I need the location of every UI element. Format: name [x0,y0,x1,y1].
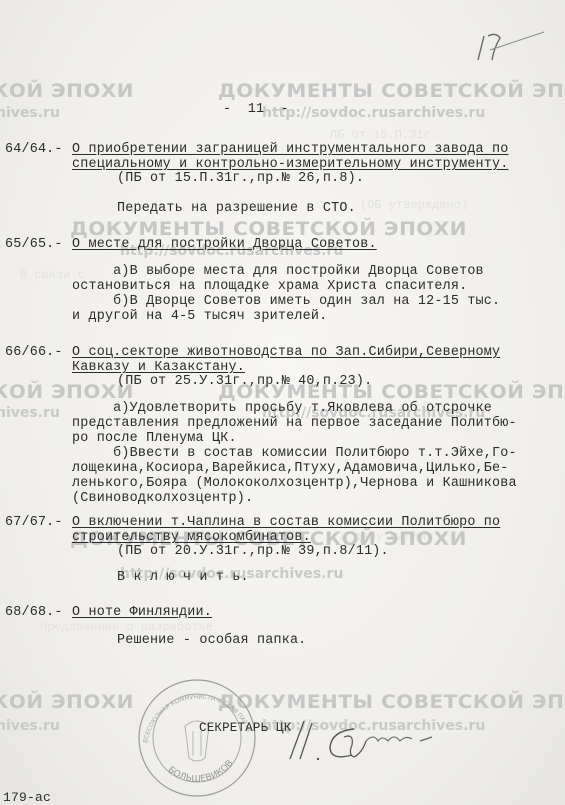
watermark-title: КОЙ ЭПОХИ [0,80,134,102]
item-title-line: специальному и контрольно-измерительному… [72,157,509,172]
item-title-line: О включении т.Чаплина в состав комиссии … [72,515,500,530]
item-title-line: Кавказу и Казакстану. [72,360,245,375]
item-decision: ленького,Бояра (Молококолхозцентр),Черно… [72,476,517,491]
watermark-title: КОЙ ЭПОХИ [0,691,134,713]
item-decision: и другой на 4-5 тысяч зрителей. [72,309,327,324]
bleed-through-text: предложение о разработке [40,620,213,634]
bleed-through-text: ПБ от 15.П.31г. [330,128,438,142]
item-title-line: О приобретении заграницей инструментальн… [72,142,509,157]
item-number: 64/64.- [5,142,63,157]
item-decision: В к л ю ч и т ь. [117,570,249,585]
item-number: 66/66.- [5,345,63,360]
item-reference: (ПБ от 25.У.31г.,пр.№ 40,п.23). [117,374,372,389]
item-decision: остановиться на площадке храма Христа сп… [72,279,467,294]
item-reference: (ПБ от 15.П.31г.,пр.№ 26,п.8). [117,171,364,186]
document-page: ПБ от 15.П.31г. (ОБ утверждено) В связи … [0,0,565,805]
watermark-url: hives.ru [0,105,60,121]
watermark-title: ДОКУМЕНТЫ СОВЕТСКОЙ ЭПОХИ [218,80,565,102]
item-title-line: О соц.секторе животноводства по Зап.Сиби… [72,345,500,360]
bleed-through-text: (ОБ утверждено) [360,198,468,212]
item-reference: (ПБ от 20.У.31г.,пр.№ 39,п.8/11). [117,544,389,559]
page-number: - 11 - [223,102,289,117]
item-title-line: строительству мясокомбинатов. [72,530,311,545]
watermark-title: ДОКУМЕНТЫ СОВЕТСКОЙ ЭПОХИ [218,691,565,713]
watermark-url: hives.ru [0,405,60,421]
item-decision: Передать на разрешение в СТО. [117,201,356,216]
item-decision: ро после Пленума ЦК. [72,431,237,446]
item-number: 65/65.- [5,237,63,252]
item-decision: лощекина,Косиора,Варейкиса,Птуху,Адамови… [72,461,509,476]
watermark-url: http://sovdoc.rusarchives.ru [262,105,485,121]
stamp-text-bottom: БОЛЬШЕВИКОВ [166,759,236,785]
item-decision: а)Удовлетворить просьбу т.Яковлева об от… [72,401,492,416]
item-decision: Решение - особая папка. [117,633,306,648]
watermark-url: hives.ru [0,718,60,734]
party-stamp: БОЛЬШЕВИКОВ ВСЕСОЮЗНАЯ КОММУНИСТИЧЕСКАЯ … [135,676,265,801]
item-decision: б)В Дворце Советов иметь один зал на 12-… [72,294,500,309]
item-number: 67/67.- [5,515,63,530]
watermark-title: КОЙ ЭПОХИ [0,381,134,403]
signature-role: СЕКРЕТАРЬ ЦК [199,721,291,736]
item-decision: (Свиноводколхозцентр). [72,491,253,506]
item-title-line: О ноте Финляндии. [72,605,212,620]
handwritten-signature [282,715,462,765]
item-decision: б)Ввести в состав комиссии Политбюро т.т… [72,446,517,461]
item-title-line: О месте для постройки Дворца Советов. [72,237,377,252]
item-number: 68/68.- [5,605,63,620]
item-decision: а)В выборе места для постройки Дворца Со… [72,264,484,279]
item-decision: представления предложений на первое засе… [72,416,517,431]
archive-number-handwritten [470,22,550,67]
footer-code: 179-ас [3,790,51,805]
